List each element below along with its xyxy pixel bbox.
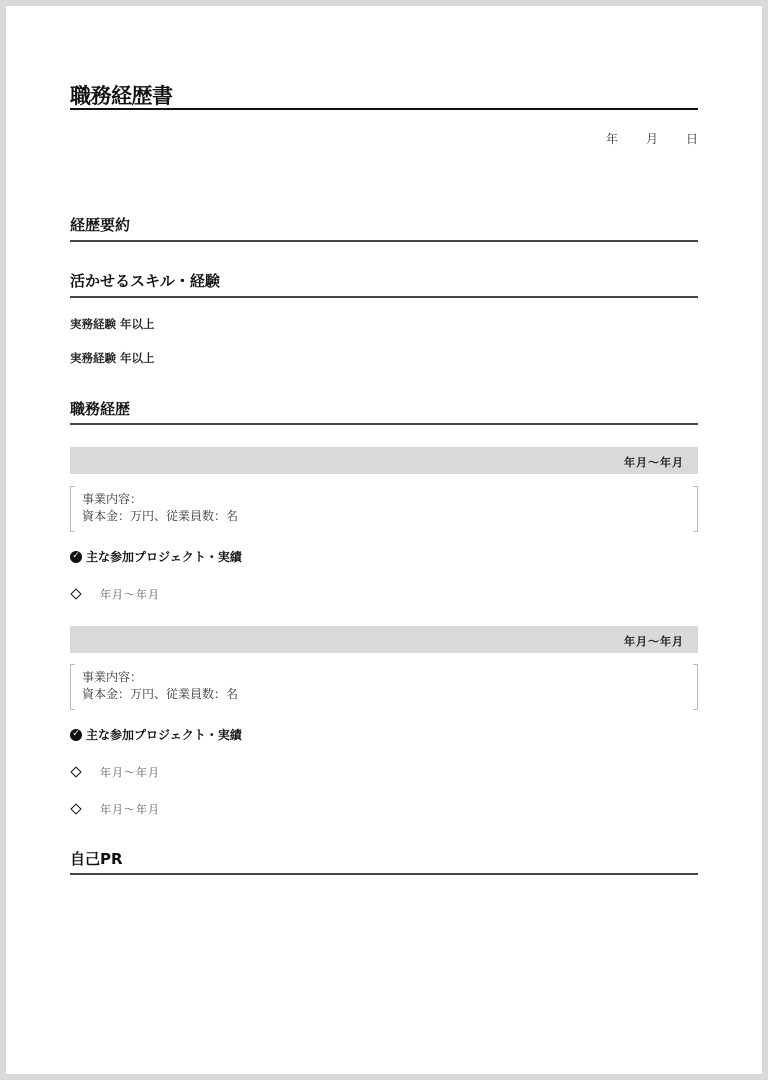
bracket-right xyxy=(693,486,698,532)
skills-divider xyxy=(70,296,698,298)
pr-divider xyxy=(70,873,698,875)
career-period-bar: 年月～年月 xyxy=(70,447,698,474)
career-divider xyxy=(70,423,698,425)
skill-item: 実務経験 年以上 xyxy=(70,316,155,332)
date-day: 日 xyxy=(686,130,698,147)
bracket-left xyxy=(70,486,75,532)
capital-employees: 資本金：万円、従業員数：名 xyxy=(82,508,238,525)
date-month: 月 xyxy=(646,130,658,147)
career-heading: 職務経歴 xyxy=(70,398,130,419)
project-period: 年月～年月 xyxy=(100,586,160,602)
diamond-bullet-icon xyxy=(70,588,81,599)
projects-heading-label: 主な参加プロジェクト・実績 xyxy=(86,726,242,743)
career-period-bar: 年月～年月 xyxy=(70,626,698,653)
projects-heading: ✓ 主な参加プロジェクト・実績 xyxy=(70,548,242,565)
projects-heading: ✓ 主な参加プロジェクト・実績 xyxy=(70,726,242,743)
document-page: 職務経歴書 年 月 日 経歴要約 活かせるスキル・経験 実務経験 年以上 実務経… xyxy=(6,6,762,1074)
bracket-left xyxy=(70,664,75,710)
career-period: 年月～年月 xyxy=(624,633,684,649)
check-circle-icon: ✓ xyxy=(70,729,82,741)
skills-heading: 活かせるスキル・経験 xyxy=(70,270,220,291)
company-info-box: 事業内容： 資本金：万円、従業員数：名 xyxy=(70,664,698,708)
diamond-bullet-icon xyxy=(70,766,81,777)
project-item: 年月～年月 xyxy=(70,801,160,817)
project-item: 年月～年月 xyxy=(70,586,160,602)
career-period: 年月～年月 xyxy=(624,454,684,470)
business-description: 事業内容： xyxy=(82,669,238,686)
company-info-box: 事業内容： 資本金：万円、従業員数：名 xyxy=(70,486,698,530)
project-period: 年月～年月 xyxy=(100,764,160,780)
diamond-bullet-icon xyxy=(70,803,81,814)
project-item: 年月～年月 xyxy=(70,764,160,780)
title-divider xyxy=(70,108,698,110)
projects-heading-label: 主な参加プロジェクト・実績 xyxy=(86,548,242,565)
summary-divider xyxy=(70,240,698,242)
business-description: 事業内容： xyxy=(82,491,238,508)
capital-employees: 資本金：万円、従業員数：名 xyxy=(82,686,238,703)
summary-heading: 経歴要約 xyxy=(70,214,130,235)
check-circle-icon: ✓ xyxy=(70,551,82,563)
skill-item: 実務経験 年以上 xyxy=(70,350,155,366)
document-date: 年 月 日 xyxy=(606,130,698,147)
project-period: 年月～年月 xyxy=(100,801,160,817)
document-title: 職務経歴書 xyxy=(70,80,173,110)
pr-heading: 自己PR xyxy=(70,848,123,869)
date-year: 年 xyxy=(606,130,618,147)
bracket-right xyxy=(693,664,698,710)
